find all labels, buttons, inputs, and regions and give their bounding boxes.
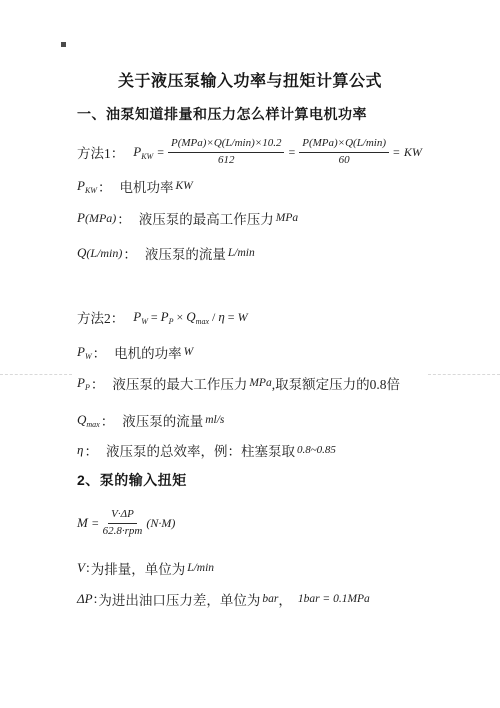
definition-line-pw: PW ： 电机的功率 W <box>77 342 193 362</box>
document-page: 关于液压泵输入功率与扭矩计算公式 一、油泵知道排量和压力怎么样计算电机功率 方法… <box>0 0 500 708</box>
definition-line-deltap: ΔP : 为进出油口压力差，单位为 bar ， 1bar = 0.1MPa <box>77 589 370 609</box>
section1-heading: 一、油泵知道排量和压力怎么样计算电机功率 <box>77 104 367 124</box>
method1-formula-row: 方法1： PKW = P(MPa)×Q(L/min)×10.2 612 = P(… <box>77 134 422 170</box>
method2-formula-row: 方法2： PW = PP × Qmax / η = W <box>77 307 248 327</box>
definition-line-pp: PP ： 液压泵的最大工作压力 MPa ,取泵额定压力的0.8倍 <box>77 373 400 393</box>
definition-line-pkw: PKW ： 电机功率 KW <box>77 176 193 196</box>
fraction-2: P(MPa)×Q(L/min) 60 <box>299 137 389 168</box>
method1-label: 方法1： <box>77 142 124 162</box>
definition-line-v: V : 为排量，单位为 L/min <box>77 558 216 578</box>
definition-line-qmax: Qmax ： 液压泵的流量 ml/s <box>77 410 224 430</box>
definition-line-eta: η ： 液压泵的总效率，例：柱塞泵取 0.8~0.85 <box>77 440 336 460</box>
page-title: 关于液压泵输入功率与扭矩计算公式 <box>0 68 500 91</box>
method2-formula: PW = PP × Qmax / η = W <box>133 309 247 326</box>
method1-formula: PKW = P(MPa)×Q(L/min)×10.2 612 = P(MPa)×… <box>133 137 422 168</box>
torque-formula: M = V·ΔP 62.8·rpm (N·M) <box>77 508 175 539</box>
definition-line-pmpa: P(MPa) ： 液压泵的最高工作压力 MPa <box>77 208 298 228</box>
torque-fraction: V·ΔP 62.8·rpm <box>103 508 143 539</box>
section2-heading: 2、泵的输入扭矩 <box>77 470 187 490</box>
fold-line-right <box>428 374 500 375</box>
scan-artifact-mark <box>61 42 66 47</box>
fraction-1: P(MPa)×Q(L/min)×10.2 612 <box>168 137 284 168</box>
fold-line-left <box>0 374 72 375</box>
method2-label: 方法2： <box>77 307 124 327</box>
definition-line-q: Q(L/min) ： 液压泵的流量 L/min <box>77 243 255 263</box>
torque-formula-row: M = V·ΔP 62.8·rpm (N·M) <box>77 506 175 540</box>
